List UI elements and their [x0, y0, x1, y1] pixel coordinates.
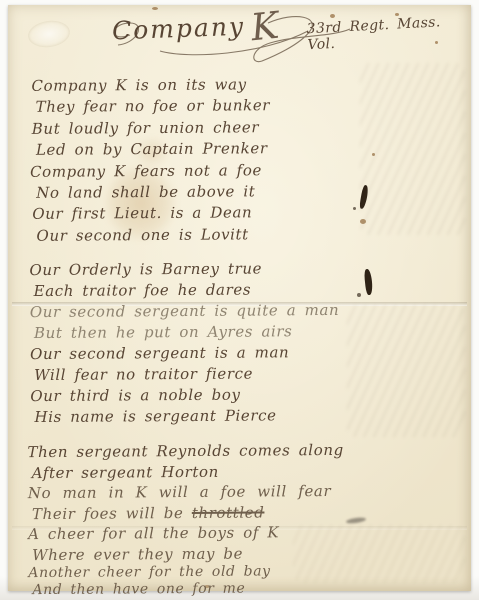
poem-line: Each traitor foe he dares [34, 279, 340, 302]
poem-line: Then sergeant Reynolds comes along [27, 440, 343, 463]
poem-line: Our first Lieut. is a Dean [32, 203, 271, 226]
poem-line: His name is sergeant Pierce [34, 405, 340, 428]
poem-line: They fear no foe or bunker [36, 96, 271, 119]
stain-dot [353, 207, 356, 210]
struck-word: throttled [192, 503, 265, 522]
stanza-2: Our Orderly is Barney true Each traitor … [29, 258, 340, 428]
company-title: Company [112, 12, 246, 46]
poem-line: No man in K will a foe will fear [28, 481, 344, 504]
ink-blot [364, 269, 374, 296]
poem-line: Company K fears not a foe [30, 160, 271, 183]
poem-line: Will fear no traitor fierce [34, 363, 340, 386]
poem-line: Where ever they may be [32, 542, 344, 565]
poem-line: Company K is on its way [31, 74, 270, 97]
poem-line: Led on by Captain Prenker [36, 138, 271, 161]
document-header: Company K 33rd Regt. Mass. Vol. [8, 5, 471, 65]
ink-bleedthrough [360, 63, 465, 235]
poem-line: A cheer for all the boys of K [28, 522, 344, 545]
poem-line: Our Orderly is Barney true [29, 258, 339, 281]
poem-line: And then have one for me [32, 580, 344, 599]
stanza-3: Then sergeant Reynolds comes along After… [27, 440, 344, 599]
poem-line: But then he put on Ayres airs [34, 321, 340, 344]
poem-line: Our second one is Lovitt [36, 224, 271, 247]
poem-line: Our third is a noble boy [30, 384, 340, 407]
manuscript-page: Company K 33rd Regt. Mass. Vol. Company … [8, 5, 471, 591]
poem-line: Their foes will be throttled [32, 501, 344, 524]
poem-line: No land shall be above it [36, 181, 271, 204]
poem-line: Another cheer for the old bay [28, 563, 344, 582]
poem-line: Our second sergeant is quite a man [30, 300, 340, 323]
stain-dot [357, 293, 361, 297]
poem-line: After sergeant Horton [32, 460, 344, 483]
ink-bleedthrough [347, 305, 465, 437]
poem-line: Our second sergeant is a man [30, 342, 340, 365]
stanza-1: Company K is on its way They fear no foe… [31, 74, 271, 247]
smudge-mark [346, 517, 367, 525]
regiment-title: 33rd Regt. Mass. Vol. [306, 13, 471, 54]
poem-line: But loudly for union cheer [32, 117, 271, 140]
company-letter: K [249, 4, 282, 50]
